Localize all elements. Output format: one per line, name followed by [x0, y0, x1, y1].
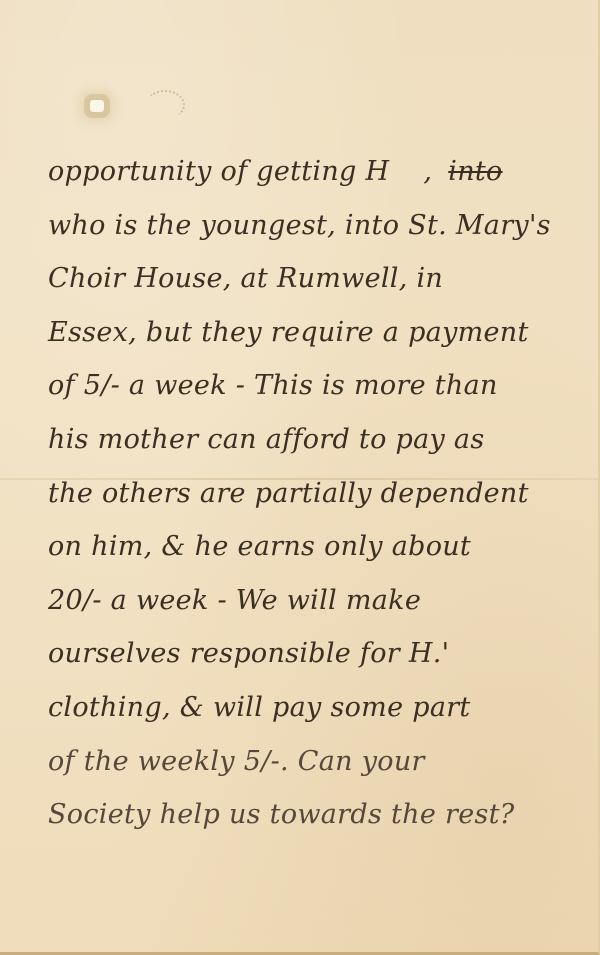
text-line-2: who is the youngest, into St. Mary's [48, 199, 593, 253]
text-line-1: opportunity of getting H,into [48, 145, 593, 199]
text-line-11: clothing, & will pay some part [48, 681, 593, 735]
text-line-8: on him, & he earns only about [48, 520, 593, 574]
text-line-13: Society help us towards the rest? [48, 788, 593, 842]
text-line-12: of the weekly 5/-. Can your [48, 735, 593, 789]
letter-page: opportunity of getting H,into who is the… [0, 0, 600, 955]
paper-hole [90, 100, 104, 112]
text-line-9: 20/- a week - We will make [48, 574, 593, 628]
handwritten-text-body: opportunity of getting H,into who is the… [48, 145, 593, 842]
text-line-10: ourselves responsible for H.' [48, 627, 593, 681]
line-text: opportunity of getting H [48, 156, 389, 187]
text-line-4: Essex, but they require a payment [48, 306, 593, 360]
insertion-mark: , [423, 156, 432, 187]
text-line-3: Choir House, at Rumwell, in [48, 252, 593, 306]
struck-out-word: into [448, 156, 502, 187]
text-line-5: of 5/- a week - This is more than [48, 359, 593, 413]
text-line-6: his mother can afford to pay as [48, 413, 593, 467]
paper-stain [145, 90, 185, 120]
text-line-7: the others are partially dependent [48, 467, 593, 521]
